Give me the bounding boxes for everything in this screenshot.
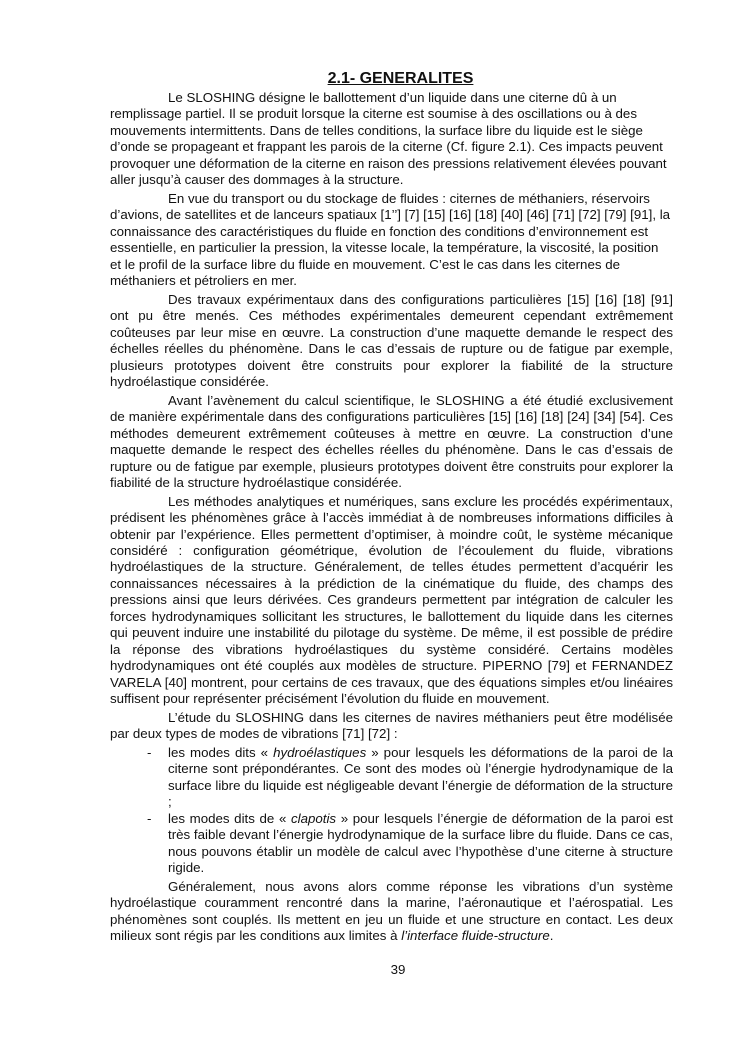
paragraph-transport: En vue du transport ou du stockage de fl… (110, 191, 673, 290)
dash-bullet: - (147, 745, 151, 761)
paragraph-intro: Le SLOSHING désigne le ballottement d’un… (110, 90, 673, 189)
conclusion-text: Généralement, nous avons alors comme rép… (110, 879, 673, 943)
paragraph-experimental: Des travaux expérimentaux dans des confi… (110, 292, 673, 391)
paragraph-methods: Les méthodes analytiques et numériques, … (110, 494, 673, 708)
list-item-text-before: les modes dits « (168, 745, 273, 760)
vibration-modes-list: - les modes dits « hydroélastiques » pou… (110, 745, 673, 877)
conclusion-emphasis: l’interface fluide-structure (401, 928, 550, 943)
list-item-emphasis: hydroélastiques (273, 745, 366, 760)
conclusion-end: . (550, 928, 554, 943)
list-item-emphasis: clapotis (291, 811, 336, 826)
list-item-text-before: les modes dits de « (168, 811, 291, 826)
page-number: 39 (0, 962, 744, 977)
paragraph-conclusion: Généralement, nous avons alors comme rép… (110, 879, 673, 945)
paragraph-history: Avant l’avènement du calcul scientifique… (110, 393, 673, 492)
paragraph-modes-intro: L’étude du SLOSHING dans les citernes de… (110, 710, 673, 743)
list-item: - les modes dits « hydroélastiques » pou… (110, 745, 673, 811)
dash-bullet: - (147, 811, 151, 827)
section-title: 2.1- GENERALITES (128, 68, 673, 90)
document-page: 2.1- GENERALITES Le SLOSHING désigne le … (110, 68, 673, 947)
list-item: - les modes dits de « clapotis » pour le… (110, 811, 673, 877)
